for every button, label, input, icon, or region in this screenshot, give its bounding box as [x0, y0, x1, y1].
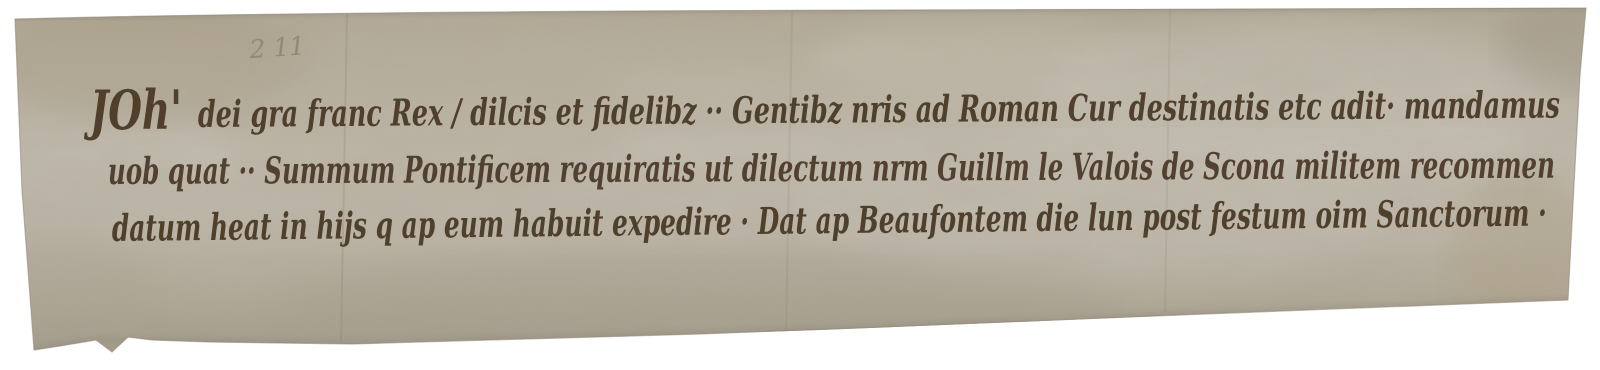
- text-line-opening: JOh': [84, 78, 182, 142]
- parchment-svg: 2 11 JOh' dei gra franc Rex / dilcis et …: [0, 0, 1600, 370]
- text-line-2: uob quat ·· Summum Pontificem requiratis…: [108, 143, 1555, 193]
- archival-number: 2 11: [248, 31, 307, 64]
- manuscript-photo: 2 11 JOh' dei gra franc Rex / dilcis et …: [0, 0, 1600, 370]
